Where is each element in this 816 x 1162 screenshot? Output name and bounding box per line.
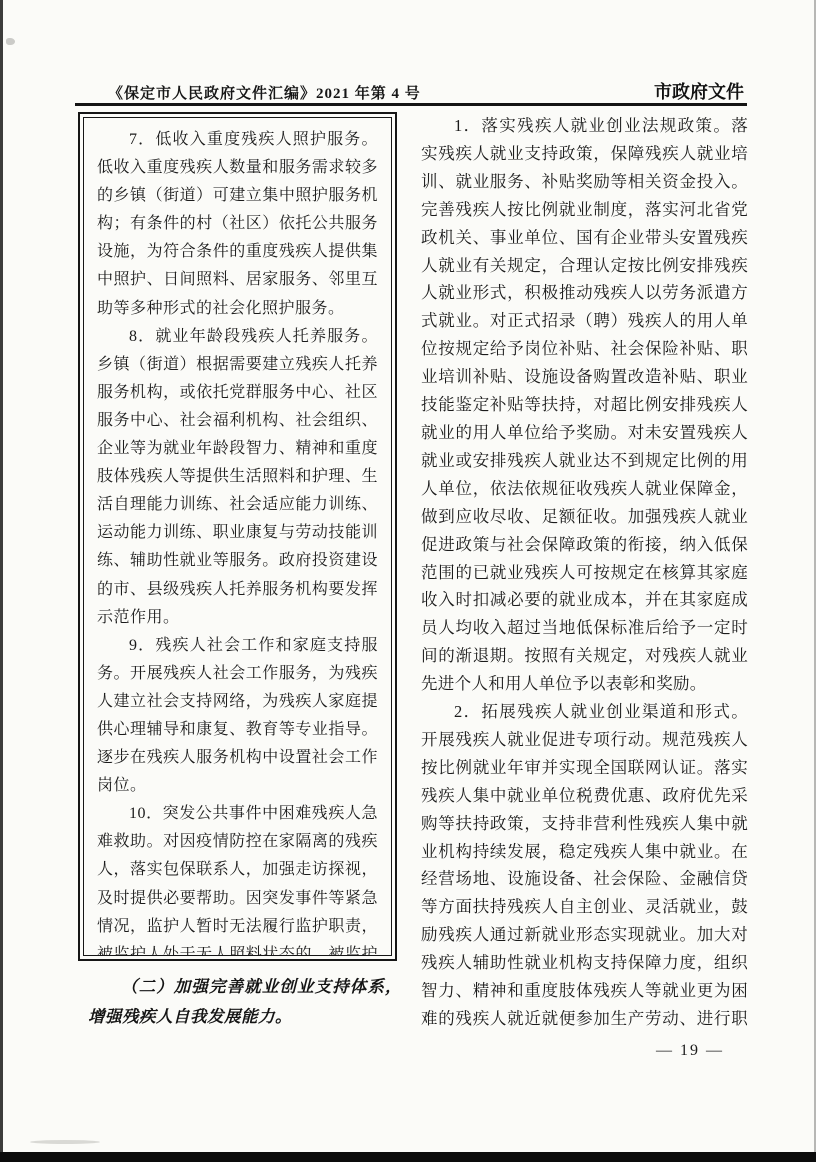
scanned-document-page: 《保定市人民政府文件汇编》2021 年第 4 号 市政府文件 7．低收入重度残疾… [0, 0, 816, 1162]
document-paragraph-2: 2．拓展残疾人就业创业渠道和形式。开展残疾人就业促进专项行动。规范残疾人按比例就… [421, 698, 748, 1037]
document-paragraph-1: 1．落实残疾人就业创业法规政策。落实残疾人就业支持政策，保障残疾人就业培训、就业… [421, 112, 748, 698]
header-compilation-title: 《保定市人民政府文件汇编》2021 年第 4 号 [108, 82, 421, 103]
scan-edge-left [0, 0, 3, 1162]
document-paragraph-9: 9．残疾人社会工作和家庭支持服务。开展残疾人社会工作服务，为残疾人建立社会支持网… [97, 632, 378, 801]
document-paragraph-7: 7．低收入重度残疾人照护服务。低收入重度残疾人数量和服务需求较多的乡镇（街道）可… [97, 126, 378, 323]
header-rule [75, 103, 747, 106]
document-paragraph-8: 8．就业年龄段残疾人托养服务。乡镇（街道）根据需要建立残疾人托养服务机构，或依托… [97, 323, 378, 632]
header-category-label: 市政府文件 [654, 78, 744, 104]
page-number: — 19 — [630, 1042, 750, 1060]
left-column-border-box-inner: 7．低收入重度残疾人照护服务。低收入重度残疾人数量和服务需求较多的乡镇（街道）可… [83, 117, 392, 956]
scan-speck [30, 1140, 100, 1144]
left-column-border-box: 7．低收入重度残疾人照护服务。低收入重度残疾人数量和服务需求较多的乡镇（街道）可… [78, 112, 397, 961]
document-paragraph-10: 10．突发公共事件中困难残疾人急难救助。对因疫情防控在家隔离的残疾人，落实包保联… [97, 800, 378, 956]
scan-speck [6, 38, 15, 45]
subsection-heading: （二）加强完善就业创业支持体系，增强残疾人自我发展能力。 [88, 972, 402, 1032]
right-column: 1．落实残疾人就业创业法规政策。落实残疾人就业支持政策，保障残疾人就业培训、就业… [421, 112, 748, 1037]
scan-edge-bottom [0, 1152, 816, 1162]
